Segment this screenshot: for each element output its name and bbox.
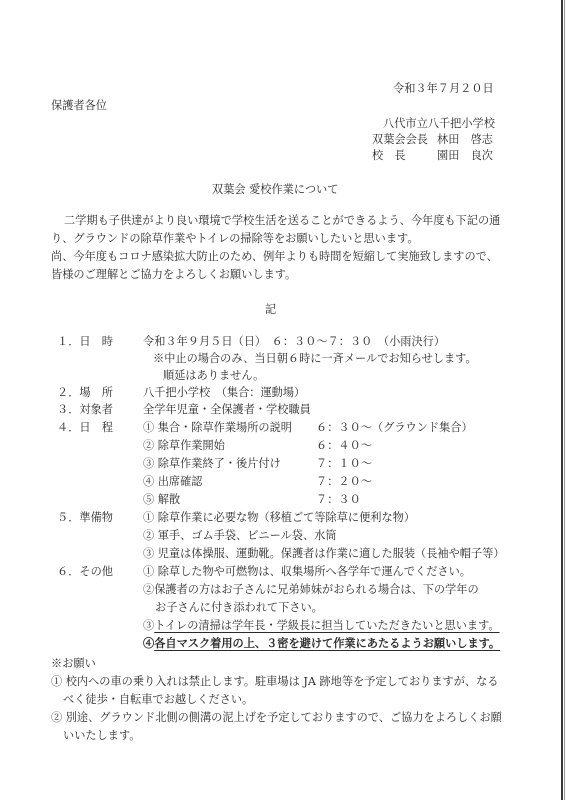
other-row-3-text: トイレの清掃は学年長・学級長に担当していただきたいと思います。 (154, 619, 499, 632)
item-datetime-note2: 順延はありません。 (163, 370, 264, 381)
scan-edge-line (561, 0, 563, 800)
schedule-time-5: ７：３０ (316, 494, 361, 505)
document-date: 令和３年７月２０日 (393, 83, 494, 94)
body-line-1: 二学期も子供達がより良い環境で学校生活を送ることができるよう、今年度も下記の通 (64, 215, 500, 226)
other-row-4: ④各自マスク着用の上、３密を避けて作業にあたるようお願いします。 (143, 638, 500, 649)
item-datetime-value: 令和３年９月５日（日） ６：３０～７：３０ （小雨決行） (143, 336, 445, 347)
other-row-4-text: 各自マスク着用の上、３密を避けて作業にあたるようお願いします。 (154, 636, 500, 650)
ki-heading: 記 (265, 304, 276, 315)
schedule-step-4: ④ 出席確認 (143, 476, 203, 487)
other-row-2a: ②保護者の方はお子さんに兄弟姉妹がおられる場合は、下の学年の (143, 584, 479, 595)
schedule-step-3: ③ 除草作業終了・後片付け (143, 458, 281, 469)
document-title: 双葉会 愛校作業について (212, 184, 338, 195)
supplies-row-1: ① 除草作業に必要な物（移植ごて等除草に便利な物） (143, 512, 415, 523)
item-target-label: ３．対象者 (57, 404, 113, 415)
principal-title: 校 長 (372, 150, 406, 161)
item-target-value: 全学年児童・全保護者・学校職員 (143, 404, 311, 415)
body-line-4: 皆様のご理解とご協力をよろしくお願いします。 (51, 269, 296, 280)
other-row-4-number: ④ (143, 636, 154, 650)
addressee: 保護者各位 (51, 100, 107, 111)
other-row-2b: お子さんに付き添われて下さい。 (155, 602, 323, 613)
pta-president-name: 林田 啓志 (437, 134, 493, 145)
item-schedule-label: ４．日 程 (57, 422, 113, 433)
item-other-label: ６．その他 (57, 566, 113, 577)
supplies-row-3: ③ 児童は体操服、運動靴。保護者は作業に適した服装（長袖や帽子等） (143, 548, 505, 559)
item-supplies-label: ５．準備物 (57, 512, 113, 523)
principal-name: 園田 良次 (437, 150, 493, 161)
item-datetime-note1: ※中止の場合のみ、当日朝６時に一斉メールでお知らせします。 (153, 353, 477, 364)
schedule-step-2: ② 除草作業開始 (143, 440, 225, 451)
body-line-3: 尚、今年度もコロナ感染拡大防止のため、例年よりも時間を短縮して実施致しますので、 (51, 251, 498, 262)
body-line-2: り、グラウンドの除草作業やトイレの掃除等をお願いしたいと思います。 (51, 233, 419, 244)
other-row-3-number: ③ (143, 619, 154, 632)
item-place-label: ２．場 所 (57, 387, 113, 398)
request-2-line-a: ② 別途、グラウンド北側の側溝の泥上げを予定しておりますので、ご協力をよろしくお… (51, 712, 502, 723)
schedule-time-1: ６：３０～（グラウンド集合） (316, 422, 473, 433)
schedule-time-4: ７：２０～ (316, 476, 372, 487)
request-2-line-b: いいたします。 (63, 730, 140, 741)
item-datetime-label: １．日 時 (57, 336, 113, 347)
scan-edge-shadow (564, 0, 565, 800)
other-row-1: ① 除草した物や可燃物は、収集場所へ各学年で運んでください。 (143, 566, 471, 577)
sender-school: 八代市立八千把小学校 (383, 118, 495, 129)
pta-president-title: 双葉会会長 (372, 134, 428, 145)
request-1-line-b: べく徒歩・自転車でお越しください。 (63, 694, 253, 705)
request-1-line-a: ① 校内への車の乗り入れは禁止します。駐車場は JA 跡地等を予定しておりますが… (51, 676, 498, 687)
schedule-time-3: ７：１０～ (316, 458, 372, 469)
schedule-step-5: ⑤ 解散 (143, 494, 180, 505)
supplies-row-2: ② 軍手、ゴム手袋、ビニール袋、水筒 (143, 530, 337, 541)
schedule-time-2: ６：４０～ (316, 440, 372, 451)
schedule-step-1: ① 集合・除草作業場所の説明 (143, 422, 292, 433)
item-place-value: 八千把小学校 （集合：運動場） (143, 387, 305, 398)
other-row-3: ③トイレの清掃は学年長・学級長に担当していただきたいと思います。 (143, 620, 500, 631)
requests-heading: ※お願い (51, 658, 96, 669)
